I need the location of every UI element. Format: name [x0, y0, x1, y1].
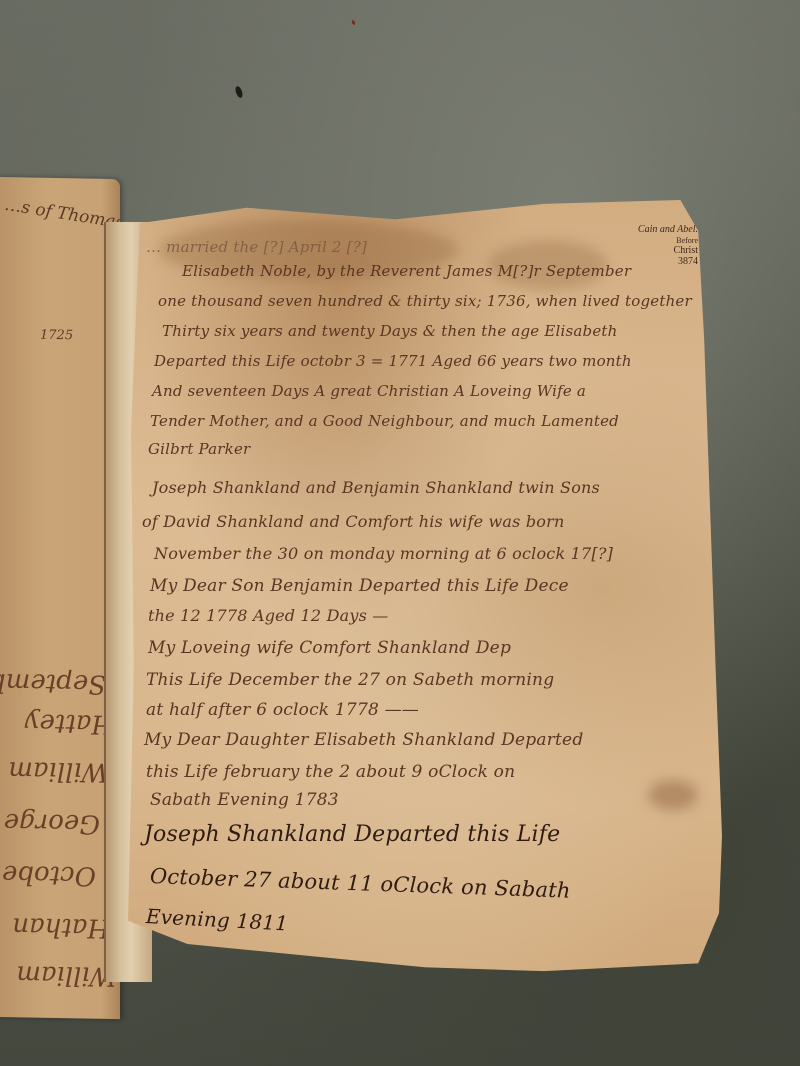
record-signature: Gilbrt Parker [148, 440, 250, 458]
entry-line: November the 30 on monday morning at 6 o… [154, 544, 613, 563]
entry-line: My Loveing wife Comfort Shankland Dep [148, 638, 511, 658]
carpet-speck [234, 85, 244, 98]
entry-line: the 12 1778 Aged 12 Days — [148, 606, 388, 625]
record-line: one thousand seven hundred & thirty six;… [158, 292, 692, 310]
left-page-upside-down-name: September [0, 666, 106, 699]
entry-line: Joseph Shankland Departed this Life [144, 822, 560, 847]
left-page-top-text: …s of Thomas [3, 195, 120, 234]
left-page-upside-down-name: William [16, 959, 116, 991]
record-line: Elisabeth Noble, by the Reverent James M… [182, 262, 631, 280]
running-title: Cain and Abel. [568, 224, 698, 236]
stain [648, 780, 698, 810]
left-page-upside-down-name: Hattey [25, 707, 114, 739]
entry-line: Sabath Evening 1783 [150, 790, 339, 810]
entry-line: Evening 1811 [145, 904, 288, 935]
entry-line: this Life february the 2 about 9 oClock … [146, 762, 515, 782]
left-page-date: 1725 [40, 328, 73, 344]
left-page-upside-down-name: George H [0, 807, 100, 839]
entry-line: of David Shankland and Comfort his wife … [142, 512, 565, 531]
carpet-speck [351, 20, 356, 26]
record-line: And seventeen Days A great Christian A L… [152, 382, 586, 400]
record-page: Cain and Abel. Before Christ 3874 … marr… [128, 200, 722, 975]
left-page-upside-down-name: October [0, 859, 96, 891]
left-page: …s of Thomas 1725 September Hattey Willi… [0, 177, 120, 1019]
left-page-upside-down-name: Hathan [12, 911, 110, 943]
entry-line: My Dear Son Benjamin Departed this Life … [150, 576, 569, 596]
entry-line: at half after 6 oclock 1778 —— [146, 700, 419, 720]
era-label: Before [568, 236, 698, 245]
record-line: Departed this Life octobr 3 = 1771 Aged … [154, 352, 632, 370]
left-page-upside-down-name: William [8, 755, 108, 787]
record-line: … married the [?] April 2 [?] [146, 238, 367, 256]
entry-line: My Dear Daughter Elisabeth Shankland Dep… [144, 730, 583, 750]
entry-line: This Life December the 27 on Sabeth morn… [146, 670, 554, 690]
era-label-2: Christ [568, 245, 698, 257]
record-line: Thirty six years and twenty Days & then … [162, 322, 618, 340]
entry-line: October 27 about 11 oClock on Sabath [150, 864, 571, 903]
entry-line: Joseph Shankland and Benjamin Shankland … [152, 478, 600, 497]
record-line: Tender Mother, and a Good Neighbour, and… [150, 412, 619, 430]
